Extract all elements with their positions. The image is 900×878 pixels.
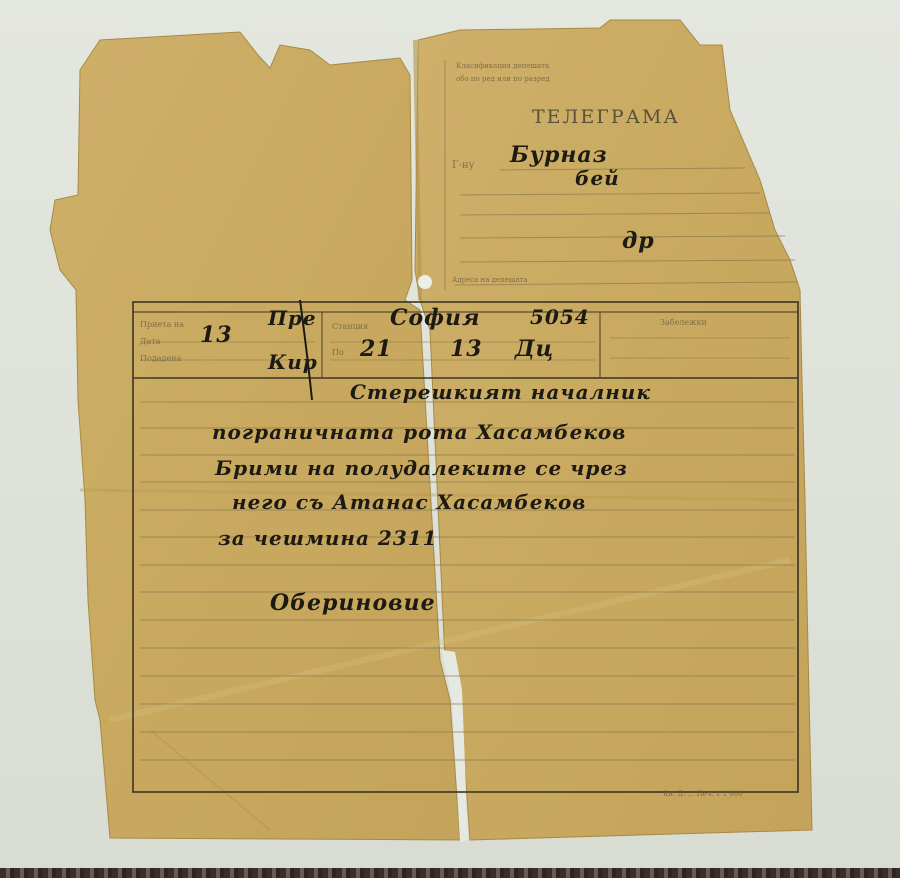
message-line-4: него съ Атанас Хасамбеков — [232, 490, 586, 514]
message-line-2: пограничната рота Хасамбеков — [212, 420, 626, 444]
header-note-1: Класификация депешата — [456, 62, 549, 70]
sent-label: Подадена — [140, 354, 181, 363]
handwritten-mark-top: Пре — [268, 306, 317, 330]
message-line-3: Брими на полудалеките се чрез — [215, 456, 628, 480]
message-line-1: Стерешкият началник — [350, 380, 651, 404]
words-value: 21 — [360, 336, 393, 362]
document-title: ТЕЛЕГРАМА — [532, 106, 680, 128]
handwritten-mark-bottom: Кир — [268, 350, 318, 374]
message-line-5: за чешмина 2311 — [218, 526, 438, 550]
addressee-title: бей — [575, 166, 620, 190]
time-value: Дц — [515, 336, 554, 362]
floor-edge — [0, 868, 900, 878]
received-label: Приета на — [140, 320, 184, 329]
received-day: 13 — [200, 322, 233, 348]
addressee-mark: др — [622, 228, 655, 254]
address-footer-label: Адреса на депешата — [452, 276, 528, 284]
telegram-number: 5054 — [530, 305, 590, 329]
addressee-label: Г-ну — [452, 160, 475, 171]
addressee-name: Бурназ — [510, 142, 608, 168]
signature: Обериновие — [270, 590, 436, 616]
header-note-2: обо по ред или по разред — [456, 75, 550, 83]
notes-label: Забележки — [660, 318, 707, 327]
date-label: Дата — [140, 337, 160, 346]
station-value: София — [390, 305, 481, 331]
printer-imprint: Кн. Д. ... Печ. 1 1 000 — [663, 790, 743, 798]
words-label: По — [332, 348, 344, 357]
day-value: 13 — [450, 336, 483, 362]
station-label: Станция — [332, 322, 368, 331]
